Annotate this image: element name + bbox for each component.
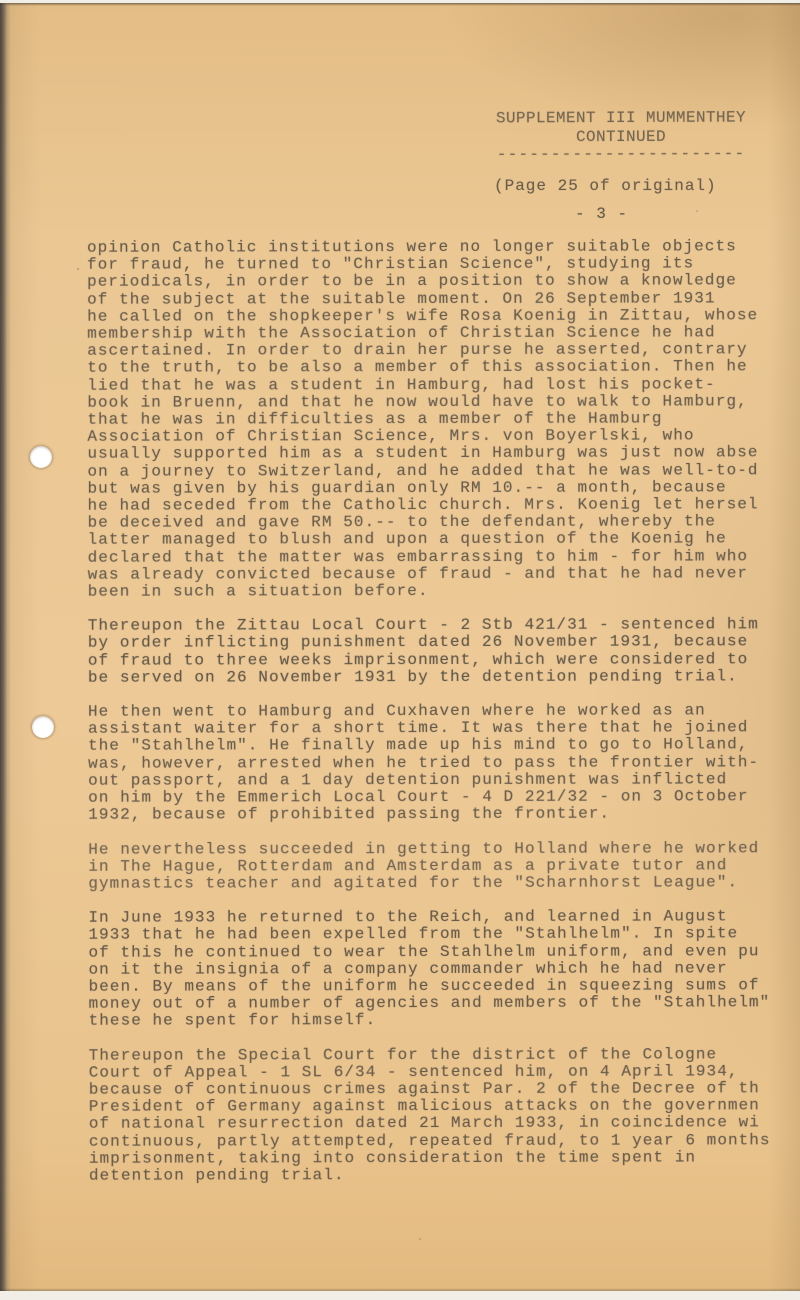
body-paragraph-6: Thereupon the Special Court for the dist… bbox=[89, 1046, 797, 1185]
body-paragraph-3: He then went to Hamburg and Cuxhaven whe… bbox=[88, 702, 796, 824]
body-paragraph-4: He nevertheless succeeded in getting to … bbox=[88, 840, 796, 893]
document-header: SUPPLEMENT III MUMMENTHEY CONTINUED ----… bbox=[496, 109, 746, 162]
header-title: SUPPLEMENT III MUMMENTHEY bbox=[496, 109, 746, 129]
body-paragraph-5: In June 1933 he returned to the Reich, a… bbox=[88, 908, 796, 1030]
scan-bottom-edge bbox=[0, 1288, 800, 1291]
punch-hole-bottom bbox=[32, 716, 54, 738]
punch-hole-top bbox=[30, 446, 52, 468]
scan-left-edge bbox=[0, 3, 11, 1291]
scan-top-edge bbox=[0, 3, 800, 6]
body-paragraph-1: opinion Catholic institutions were no lo… bbox=[87, 238, 796, 601]
page-reference: (Page 25 of original) bbox=[494, 177, 717, 195]
header-dashed-rule: ----------------------- bbox=[496, 147, 746, 162]
scanned-page: SUPPLEMENT III MUMMENTHEY CONTINUED ----… bbox=[0, 3, 800, 1291]
page-number: - 3 - bbox=[575, 205, 628, 223]
body-paragraph-2: Thereupon the Zittau Local Court - 2 Stb… bbox=[88, 617, 796, 687]
document-body: opinion Catholic institutions were no lo… bbox=[87, 238, 797, 1202]
scan-frame: SUPPLEMENT III MUMMENTHEY CONTINUED ----… bbox=[0, 0, 800, 1300]
